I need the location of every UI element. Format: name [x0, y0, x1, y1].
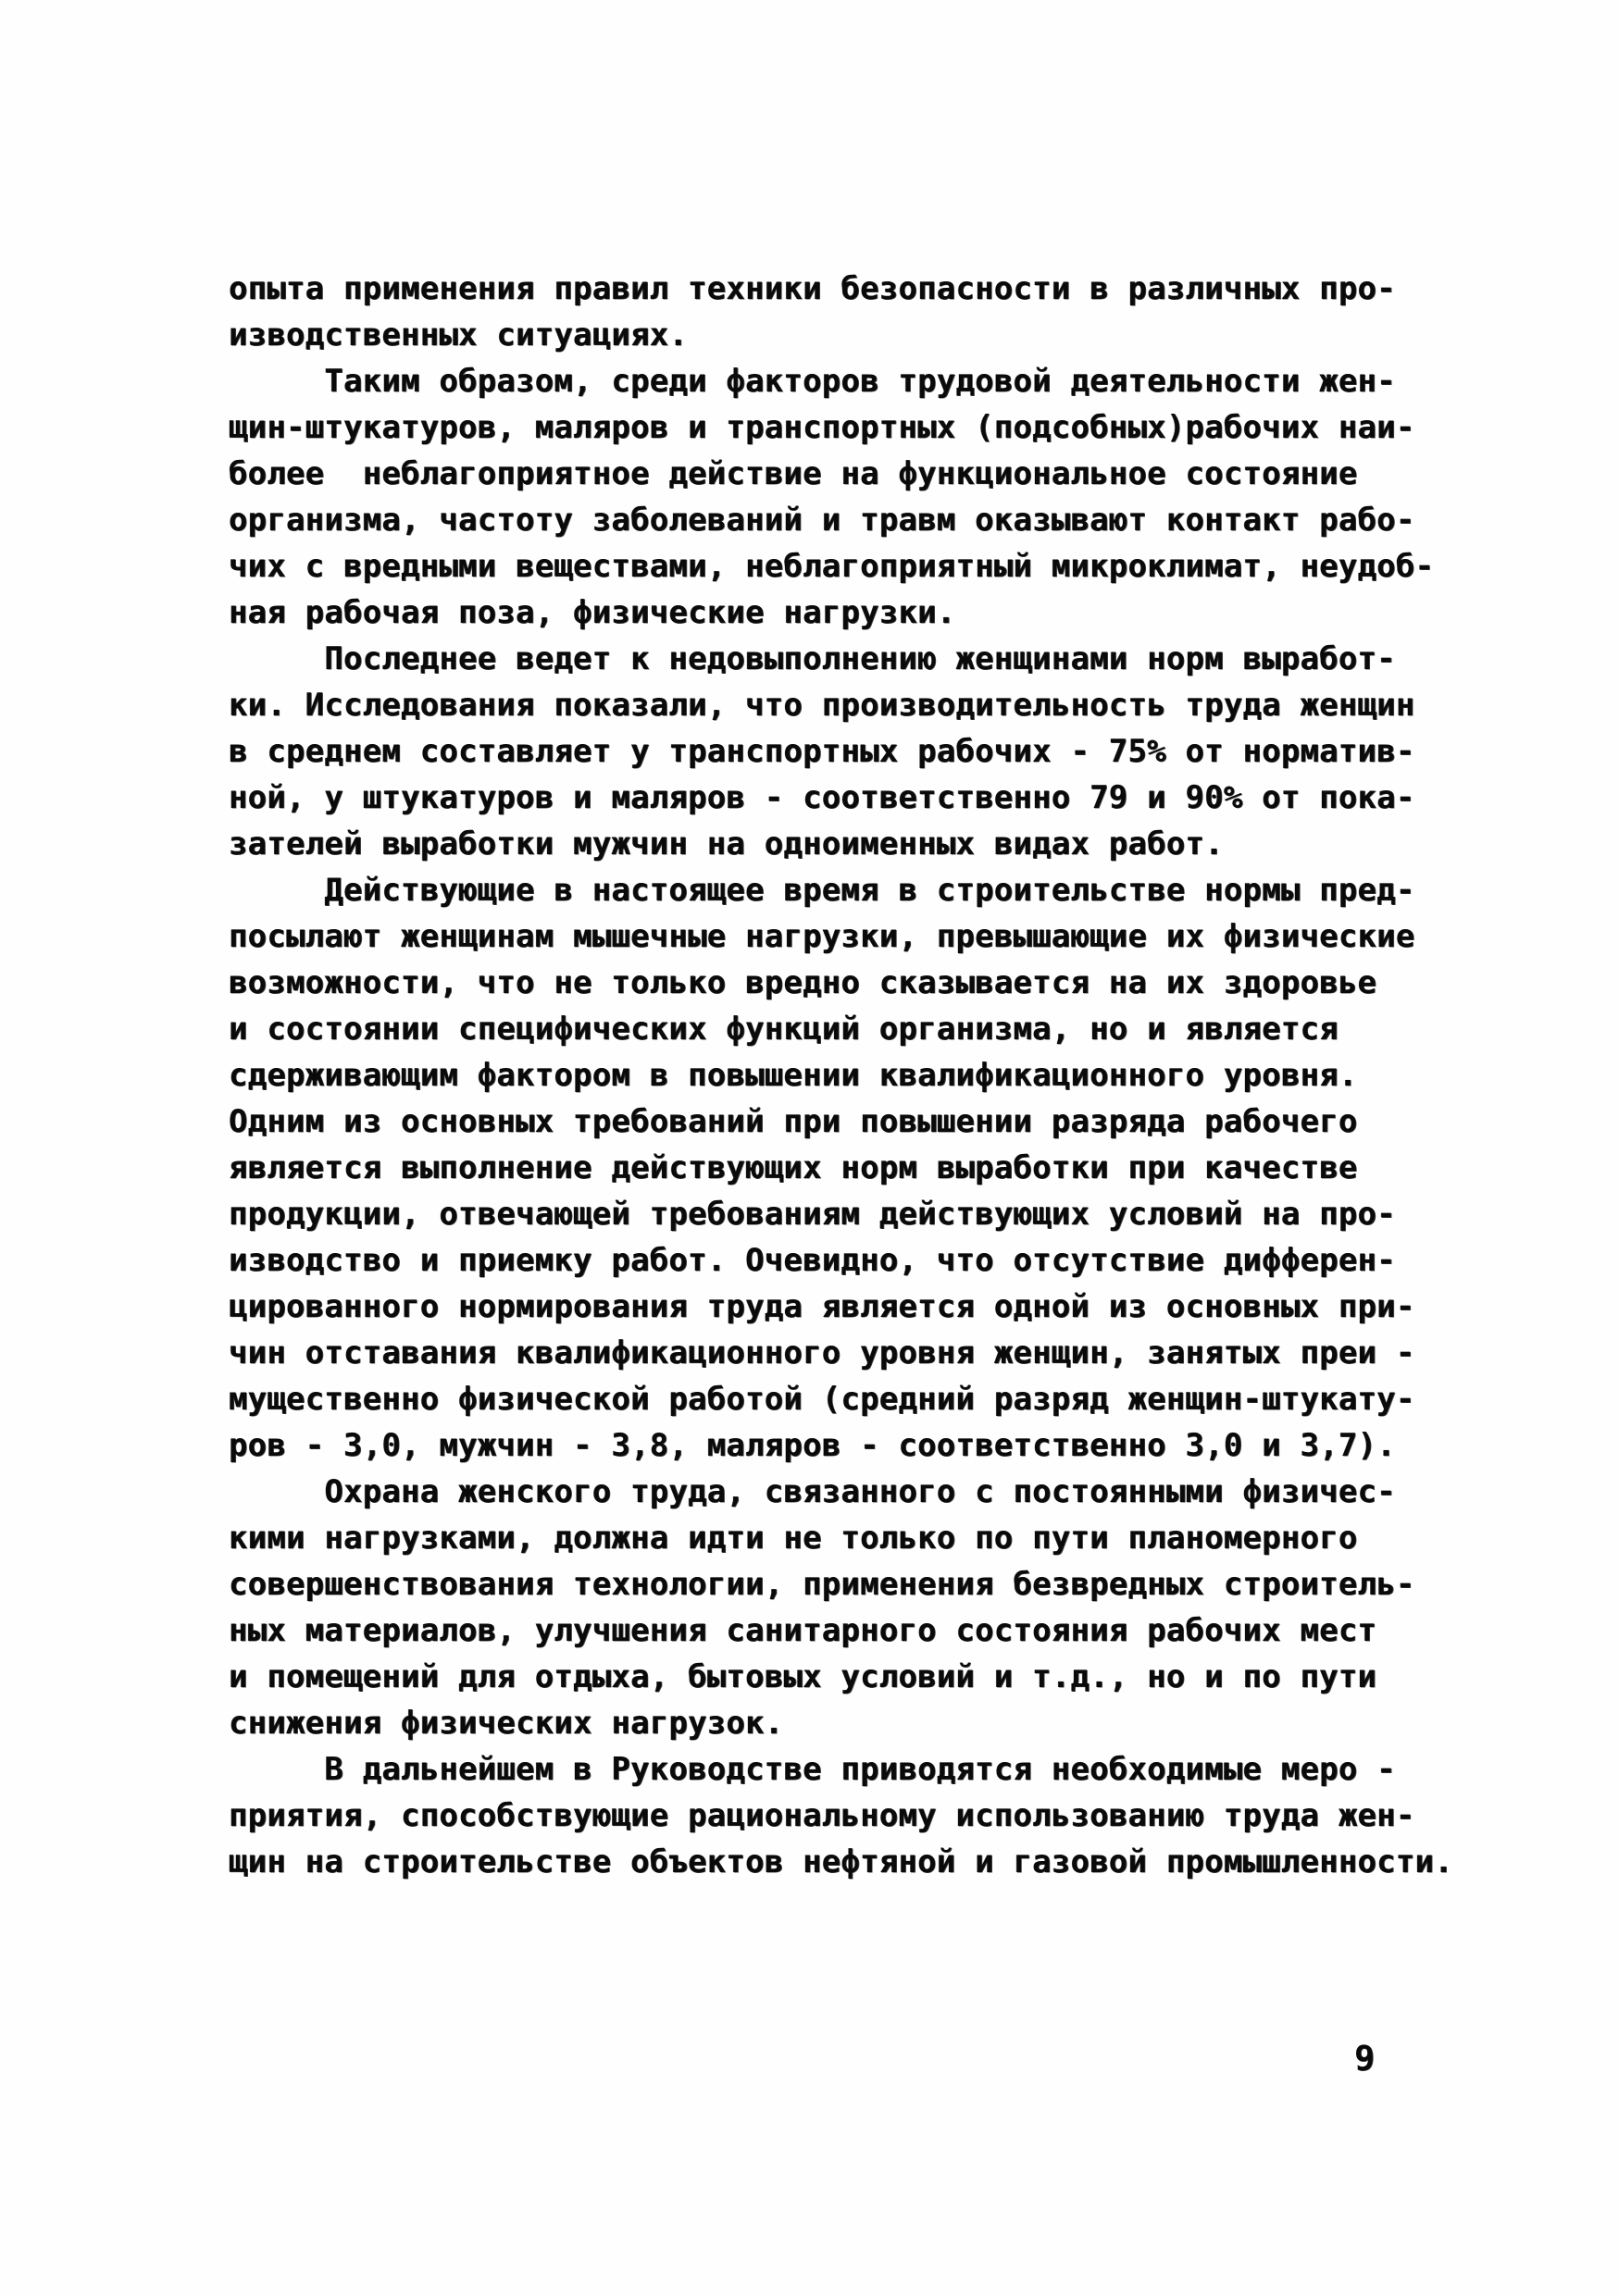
text-line: щин-штукатуров, маляров и транспортных (… — [229, 404, 1543, 451]
text-line: посылают женщинам мышечные нагрузки, пре… — [229, 913, 1543, 960]
text-line: снижения физических нагрузок. — [229, 1700, 1543, 1746]
text-line: ров - 3,0, мужчин - 3,8, маляров - соотв… — [229, 1422, 1543, 1469]
text-line: чин отставания квалификационного уровня … — [229, 1330, 1543, 1376]
text-line: и состоянии специфических функций органи… — [229, 1006, 1543, 1052]
body-text: опыта применения правил техники безопасн… — [229, 266, 1543, 1885]
scanned-document-page: опыта применения правил техники безопасн… — [0, 0, 1619, 2296]
text-line: организма, частоту заболеваний и травм о… — [229, 497, 1543, 543]
text-line: Таким образом, среди факторов трудовой д… — [229, 358, 1543, 404]
text-line: ной, у штукатуров и маляров - соответств… — [229, 775, 1543, 821]
text-line: совершенствования технологии, применения… — [229, 1561, 1543, 1607]
text-line: ная рабочая поза, физические нагрузки. — [229, 590, 1543, 636]
text-line: продукции, отвечающей требованиям действ… — [229, 1191, 1543, 1237]
text-line: и помещений для отдыха, бытовых условий … — [229, 1654, 1543, 1700]
text-line: щин на строительстве объектов нефтяной и… — [229, 1839, 1543, 1885]
text-line: ных материалов, улучшения санитарного со… — [229, 1607, 1543, 1654]
text-line: является выполнение действующих норм выр… — [229, 1145, 1543, 1191]
text-line: Охрана женского труда, связанного с пост… — [229, 1469, 1543, 1515]
text-line: В дальнейшем в Руководстве приводятся не… — [229, 1746, 1543, 1793]
text-line: приятия, способствующие рациональному ис… — [229, 1793, 1543, 1839]
text-line: чих с вредными веществами, неблагоприятн… — [229, 543, 1543, 590]
text-line: цированного нормирования труда является … — [229, 1284, 1543, 1330]
text-line: более неблагоприятное действие на функци… — [229, 451, 1543, 497]
text-line: зателей выработки мужчин на одноименных … — [229, 821, 1543, 867]
text-line: изводство и приемку работ. Очевидно, что… — [229, 1237, 1543, 1284]
text-line: Последнее ведет к недовыполнению женщина… — [229, 636, 1543, 682]
text-line: Действующие в настоящее время в строител… — [229, 867, 1543, 913]
text-line: в среднем составляет у транспортных рабо… — [229, 728, 1543, 775]
text-line: мущественно физической работой (средний … — [229, 1376, 1543, 1422]
text-line: опыта применения правил техники безопасн… — [229, 266, 1543, 312]
text-line: Одним из основных требований при повышен… — [229, 1098, 1543, 1145]
page-number: 9 — [1354, 2036, 1375, 2082]
text-line: кими нагрузками, должна идти не только п… — [229, 1515, 1543, 1561]
text-line: ки. Исследования показали, что производи… — [229, 682, 1543, 728]
text-line: изводственных ситуациях. — [229, 312, 1543, 358]
text-line: сдерживающим фактором в повышении квалиф… — [229, 1052, 1543, 1098]
text-line: возможности, что не только вредно сказыв… — [229, 960, 1543, 1006]
